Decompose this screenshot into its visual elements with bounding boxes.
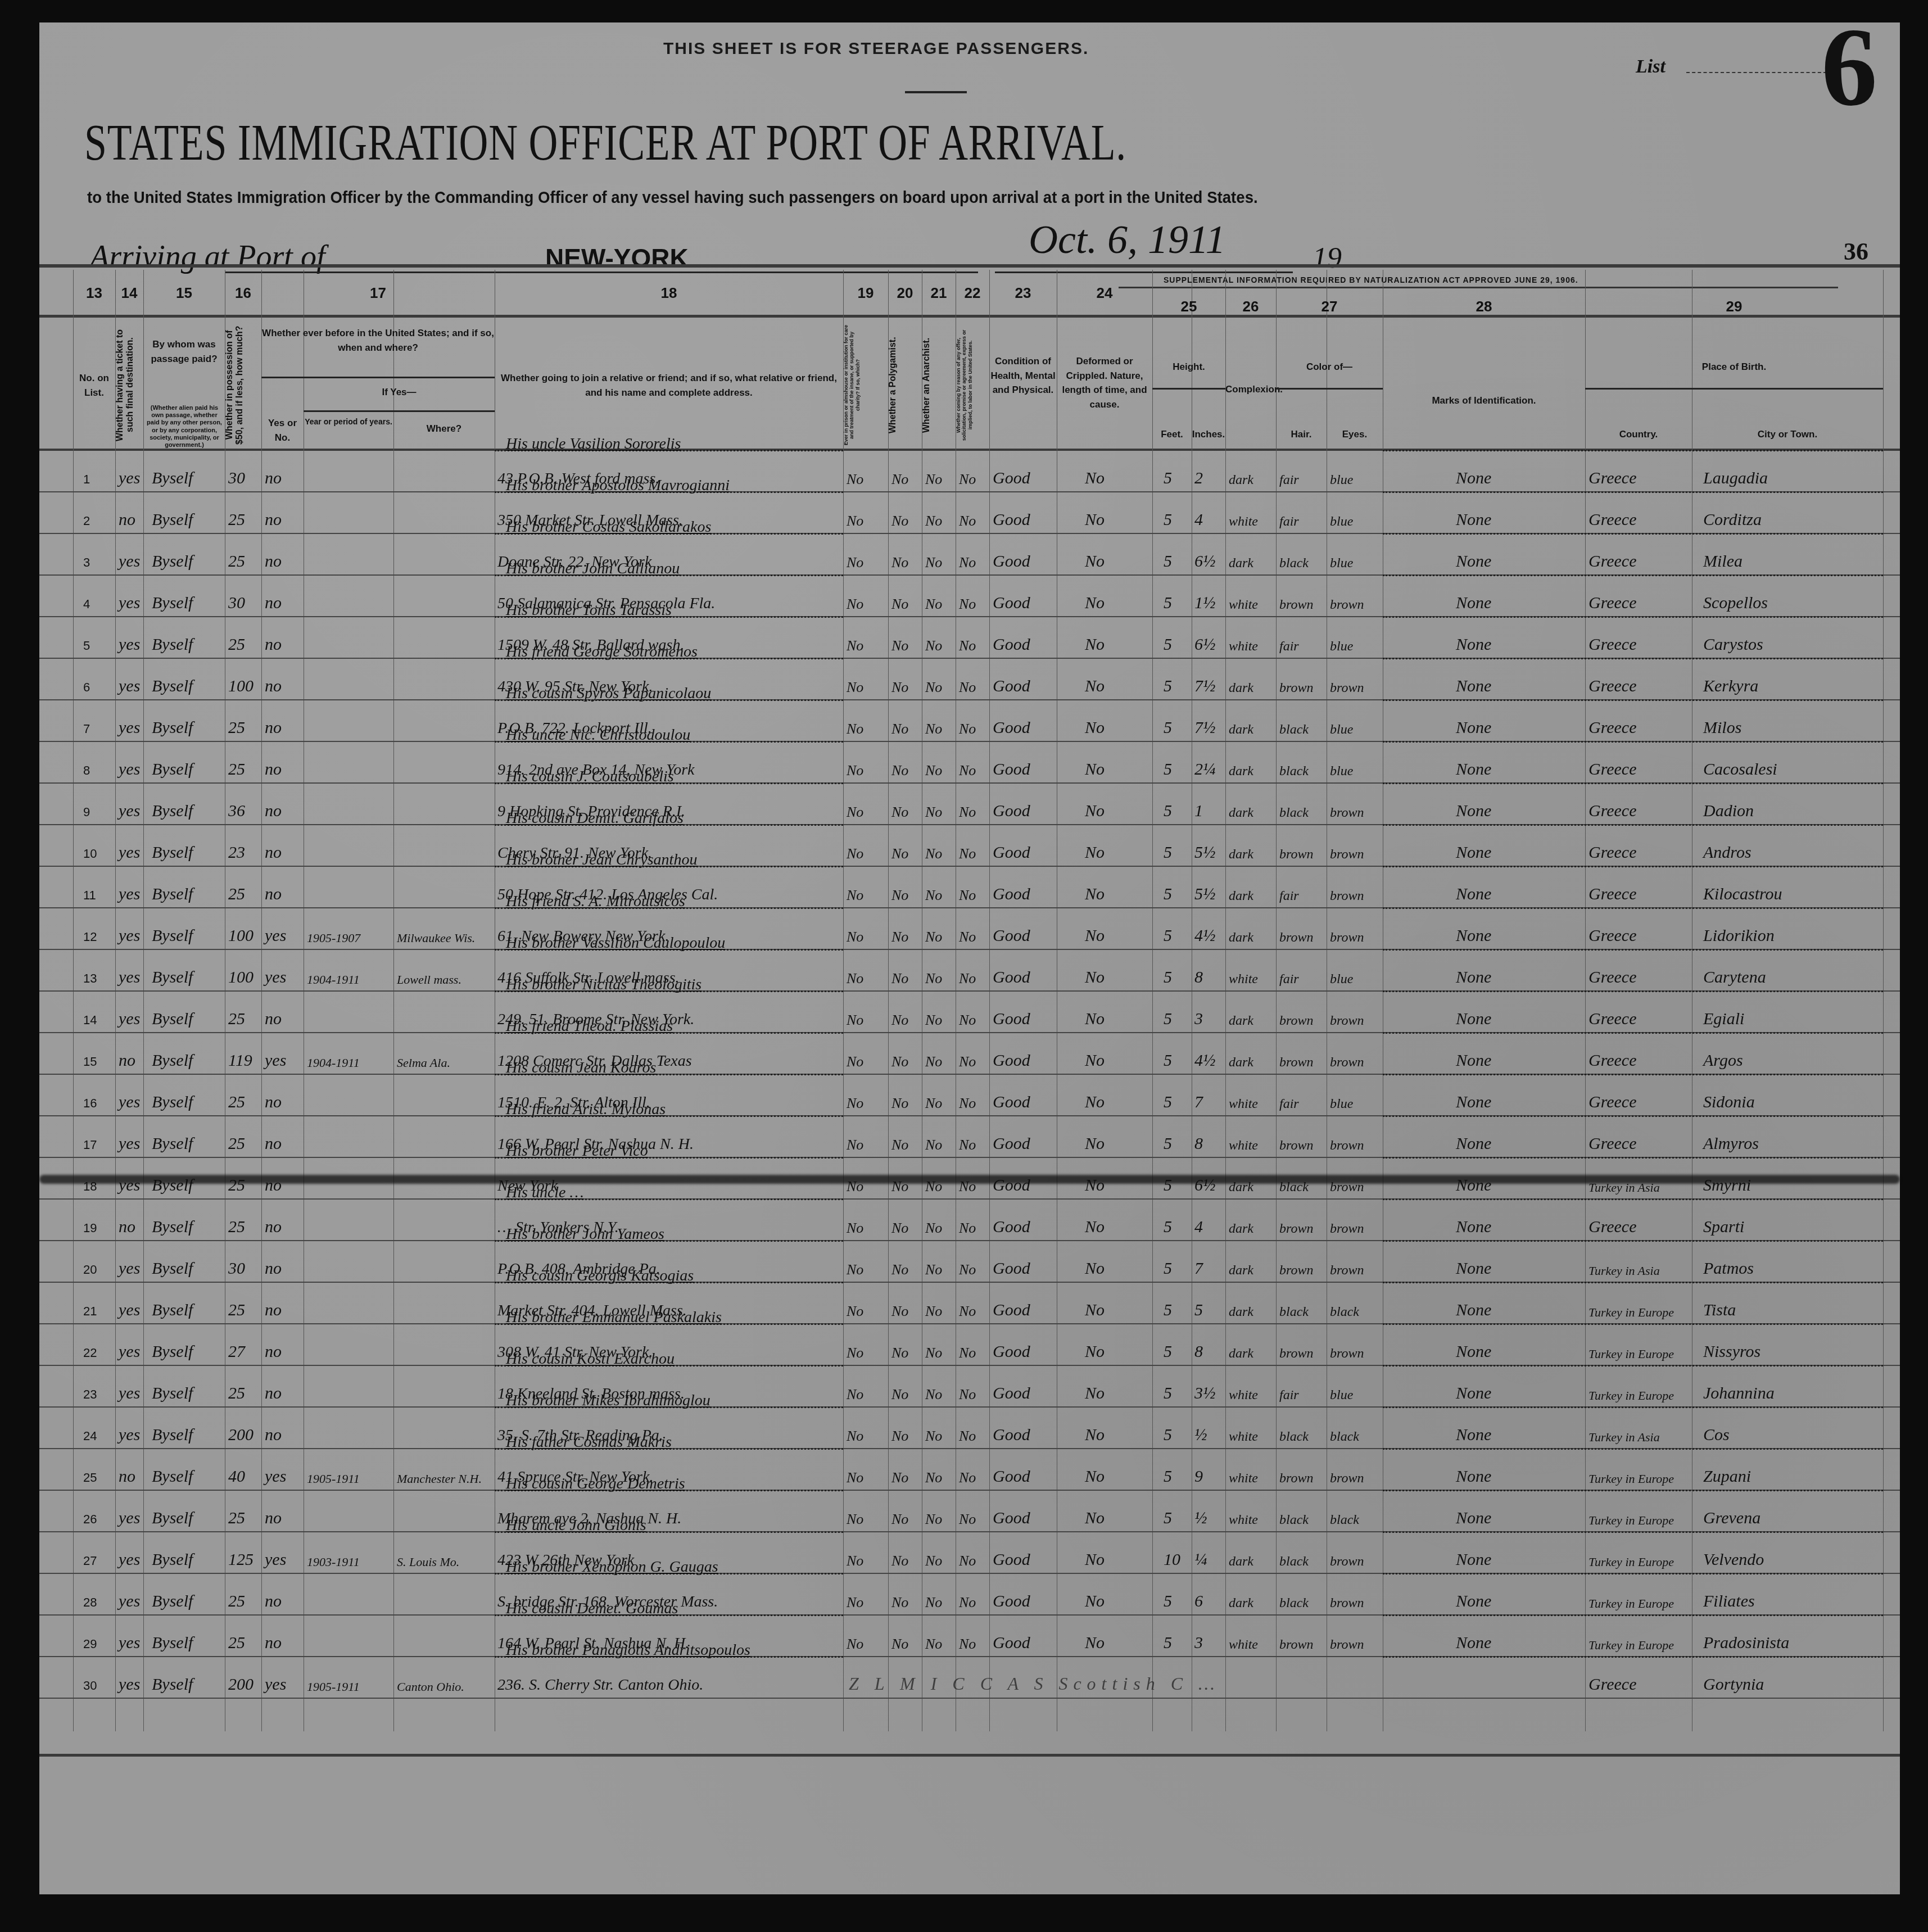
c22-answer: No	[959, 471, 976, 488]
birth-city: Gortynia	[1703, 1675, 1764, 1694]
hair-color: brown	[1279, 1221, 1313, 1237]
table-row: 7yesByself25noHis cousin Spyros Papanico…	[39, 700, 1900, 742]
birth-country: Greece	[1588, 760, 1637, 779]
health-condition: Good	[993, 594, 1030, 613]
birth-city: Sparti	[1703, 1218, 1744, 1237]
relative-or-friend: His uncle Vasilion Sororelis	[506, 435, 681, 453]
relative-or-friend: His brother Peter Vico	[506, 1142, 648, 1160]
birth-country: Greece	[1588, 677, 1637, 696]
money-amount: 200	[228, 1426, 254, 1445]
deformed-value: No	[1085, 677, 1105, 696]
header-sub-rule	[1276, 388, 1383, 390]
birth-country: Turkey in Europe	[1588, 1388, 1674, 1403]
height-inches: 6½	[1194, 552, 1216, 571]
column-number-19: 19	[843, 284, 888, 302]
c20-answer: No	[891, 1428, 908, 1445]
complexion: dark	[1229, 889, 1253, 904]
been-in-us-before: no	[265, 843, 282, 862]
height-feet: 5	[1164, 1218, 1172, 1237]
relative-or-friend: His cousin Jean Kodros	[506, 1059, 656, 1077]
c21-answer: No	[925, 1303, 942, 1320]
health-condition: Good	[993, 968, 1030, 987]
c19-answer: No	[847, 1594, 863, 1611]
health-condition: Good	[993, 552, 1030, 571]
health-condition: Good	[993, 802, 1030, 821]
hair-color: fair	[1279, 1097, 1299, 1112]
port-name: NEW-YORK	[545, 243, 689, 273]
marks-dotted-rule	[1383, 491, 1883, 493]
c21-answer: No	[925, 804, 942, 821]
height-inches: 5½	[1194, 885, 1216, 904]
birth-country: Greece	[1588, 1218, 1637, 1237]
eye-color: brown	[1330, 930, 1364, 945]
c22-answer: No	[959, 1345, 976, 1361]
row-number: 27	[83, 1554, 97, 1568]
c19-answer: No	[847, 845, 863, 862]
complexion: dark	[1229, 806, 1253, 821]
c22-answer: No	[959, 554, 976, 571]
passage-paid-by: Byself	[152, 635, 193, 654]
ticket-value: yes	[119, 1342, 140, 1361]
height-inches: ½	[1194, 1509, 1207, 1528]
deformed-value: No	[1085, 1093, 1105, 1112]
birth-country: Greece	[1588, 552, 1637, 571]
ticket-value: yes	[119, 469, 140, 488]
height-inches: 2	[1194, 469, 1203, 488]
identification-marks: None	[1456, 1051, 1491, 1070]
c20-answer: No	[891, 970, 908, 987]
column-number-20: 20	[888, 284, 922, 302]
column-number-18: 18	[495, 284, 843, 302]
hair-color: black	[1279, 1305, 1309, 1320]
money-amount: 25	[228, 1384, 245, 1403]
table-bottom-rule	[39, 1754, 1900, 1757]
hair-color: black	[1279, 722, 1309, 737]
complexion: white	[1229, 1637, 1258, 1653]
table-row: 25noByself40yes1905-1911Manchester N.H.H…	[39, 1449, 1900, 1491]
eye-color: blue	[1330, 514, 1353, 530]
eye-color: blue	[1330, 1097, 1353, 1112]
money-amount: 100	[228, 968, 254, 987]
c22-answer: No	[959, 596, 976, 613]
ticket-value: yes	[119, 1550, 140, 1569]
c20-answer: No	[891, 1553, 908, 1569]
table-row: 19noByself25noHis uncle …… Str. Yonkers …	[39, 1200, 1900, 1241]
marks-dotted-rule	[1383, 1032, 1883, 1034]
health-condition: Good	[993, 760, 1030, 779]
money-amount: 25	[228, 1218, 245, 1237]
height-feet: 5	[1164, 635, 1172, 654]
relative-or-friend: His friend George Sotromenos	[506, 643, 698, 661]
c21-answer: No	[925, 929, 942, 945]
marks-dotted-rule	[1383, 1614, 1883, 1616]
birth-city: Laugadia	[1703, 469, 1768, 488]
passage-paid-by: Byself	[152, 843, 193, 862]
identification-marks: None	[1456, 843, 1491, 862]
c19-answer: No	[847, 721, 863, 737]
height-feet: 5	[1164, 1051, 1172, 1070]
birth-country: Greece	[1588, 843, 1637, 862]
identification-marks: None	[1456, 1218, 1491, 1237]
birth-country: Greece	[1588, 1675, 1637, 1694]
c19-answer: No	[847, 1636, 863, 1653]
ticket-value: yes	[119, 677, 140, 696]
birth-country: Greece	[1588, 968, 1637, 987]
identification-marks: None	[1456, 1467, 1491, 1486]
birth-country: Greece	[1588, 802, 1637, 821]
c20-answer: No	[891, 1594, 908, 1611]
row-number: 26	[83, 1512, 97, 1527]
identification-marks: None	[1456, 552, 1491, 571]
header-rule-top	[39, 264, 1900, 268]
c22-answer: No	[959, 637, 976, 654]
been-in-us-before: no	[265, 1093, 282, 1112]
column-number-15: 15	[143, 284, 225, 302]
c22-answer: No	[959, 679, 976, 696]
ticket-value: yes	[119, 635, 140, 654]
column-number-16: 16	[225, 284, 261, 302]
row-number: 19	[83, 1221, 97, 1236]
birth-city: Scopellos	[1703, 594, 1768, 613]
row-number: 23	[83, 1387, 97, 1402]
c21-answer: No	[925, 1012, 942, 1029]
marks-dotted-rule	[1383, 1157, 1883, 1159]
health-condition: Good	[993, 1218, 1030, 1237]
eye-color: blue	[1330, 473, 1353, 488]
marks-dotted-rule	[1383, 1115, 1883, 1117]
complexion: dark	[1229, 1263, 1253, 1278]
birth-city: Kilocastrou	[1703, 885, 1782, 904]
row-rule	[39, 1698, 1900, 1699]
c21-answer: No	[925, 1261, 942, 1278]
hair-color: brown	[1279, 847, 1313, 862]
c20-answer: No	[891, 1345, 908, 1361]
hair-color: fair	[1279, 514, 1299, 530]
money-amount: 30	[228, 594, 245, 613]
complexion: dark	[1229, 1221, 1253, 1237]
marks-dotted-rule	[1383, 1240, 1883, 1242]
table-row: 14yesByself25noHis brother Nicitas Theol…	[39, 992, 1900, 1033]
c19-answer: No	[847, 1303, 863, 1320]
deformed-value: No	[1085, 926, 1105, 945]
complexion: dark	[1229, 681, 1253, 696]
column-header-29: Place of Birth.	[1585, 360, 1883, 382]
hair-color: black	[1279, 1429, 1309, 1445]
birth-city: Pradosinista	[1703, 1634, 1789, 1653]
table-row: 17yesByself25noHis friend Arist. Mylonas…	[39, 1116, 1900, 1158]
complexion: white	[1229, 1429, 1258, 1445]
year-prefix: 19	[1313, 242, 1342, 275]
c21-answer: No	[925, 762, 942, 779]
c21-answer: No	[925, 1428, 942, 1445]
c19-answer: No	[847, 762, 863, 779]
relative-or-friend: His cousin Georgis Katsogias	[506, 1267, 694, 1285]
c22-answer: No	[959, 845, 976, 862]
height-inches: 7	[1194, 1093, 1203, 1112]
identification-marks: None	[1456, 1384, 1491, 1403]
birth-country: Greece	[1588, 510, 1637, 530]
list-number: 6	[1821, 11, 1877, 124]
row-number: 22	[83, 1346, 97, 1360]
complexion: dark	[1229, 1346, 1253, 1361]
money-amount: 25	[228, 885, 245, 904]
identification-marks: None	[1456, 1550, 1491, 1569]
row-number: 15	[83, 1055, 97, 1069]
deformed-value: No	[1085, 718, 1105, 737]
hair-color: brown	[1279, 930, 1313, 945]
height-inches: 4½	[1194, 926, 1216, 945]
deformed-value: No	[1085, 635, 1105, 654]
health-condition: Good	[993, 843, 1030, 862]
passage-paid-by: Byself	[152, 802, 193, 821]
table-row: 12yesByself100yes1905-1907Milwaukee Wis.…	[39, 908, 1900, 950]
c19-answer: No	[847, 679, 863, 696]
ticket-value: yes	[119, 968, 140, 987]
complexion: white	[1229, 598, 1258, 613]
column-header-17: Whether ever before in the United States…	[261, 326, 495, 377]
money-amount: 25	[228, 760, 245, 779]
c20-answer: No	[891, 1137, 908, 1153]
been-in-us-before: no	[265, 677, 282, 696]
column-number-21: 21	[922, 284, 956, 302]
been-in-us-before: no	[265, 510, 282, 530]
column-header-20: Whether a Polygamist.	[888, 323, 922, 447]
column-header-26: Complexion.	[1225, 382, 1276, 416]
health-condition: Good	[993, 510, 1030, 530]
c20-answer: No	[891, 887, 908, 904]
column-header-22: Whether coming by reason of any offer, s…	[956, 323, 989, 447]
marks-dotted-rule	[1383, 1531, 1883, 1533]
c21-answer: No	[925, 1594, 942, 1611]
table-row: 18yesByself25noHis brother Peter VicoNew…	[39, 1158, 1900, 1200]
birth-country: Turkey in Europe	[1588, 1472, 1674, 1486]
been-in-us-before: yes	[265, 1051, 286, 1070]
deformed-value: No	[1085, 1634, 1105, 1653]
c19-answer: No	[847, 1137, 863, 1153]
marks-dotted-rule	[1383, 699, 1883, 701]
been-in-us-before: no	[265, 1301, 282, 1320]
header-sub-rule	[261, 377, 495, 378]
hair-color: brown	[1279, 1346, 1313, 1361]
height-feet: 5	[1164, 885, 1172, 904]
page-title: STATES IMMIGRATION OFFICER AT PORT OF AR…	[84, 112, 1126, 172]
money-amount: 25	[228, 1010, 245, 1029]
column-header-14: Whether having a ticket to such final de…	[115, 323, 143, 447]
c19-answer: No	[847, 1261, 863, 1278]
marks-dotted-rule	[1383, 1282, 1883, 1283]
ticket-value: yes	[119, 594, 140, 613]
identification-marks: None	[1456, 1301, 1491, 1320]
hair-color: fair	[1279, 639, 1299, 654]
row-number: 20	[83, 1263, 97, 1277]
where-in-us: Selma Ala.	[397, 1056, 450, 1070]
money-amount: 125	[228, 1550, 254, 1569]
c20-answer: No	[891, 513, 908, 530]
health-condition: Good	[993, 1010, 1030, 1029]
c21-answer: No	[925, 513, 942, 530]
marks-dotted-rule	[1383, 533, 1883, 535]
been-in-us-before: no	[265, 1342, 282, 1361]
birth-country: Greece	[1588, 1051, 1637, 1070]
birth-city: Cacosalesi	[1703, 760, 1777, 779]
identification-marks: None	[1456, 1342, 1491, 1361]
marks-dotted-rule	[1383, 1573, 1883, 1574]
height-inches: 6	[1194, 1592, 1203, 1611]
c22-answer: No	[959, 1095, 976, 1112]
c19-answer: No	[847, 1386, 863, 1403]
column-header-15: By whom was passage paid?	[143, 337, 225, 405]
birth-country: Greece	[1588, 1010, 1637, 1029]
relative-or-friend: His uncle …	[506, 1184, 583, 1202]
health-condition: Good	[993, 1592, 1030, 1611]
c22-answer: No	[959, 721, 976, 737]
hair-color: brown	[1279, 1138, 1313, 1153]
row-number: 25	[83, 1471, 97, 1485]
eye-color: brown	[1330, 1263, 1364, 1278]
money-amount: 25	[228, 635, 245, 654]
relative-or-friend: His uncle John Gionis	[506, 1517, 646, 1535]
birth-city: Milea	[1703, 552, 1743, 571]
ticket-value: yes	[119, 885, 140, 904]
been-in-us-before: no	[265, 718, 282, 737]
column-25-inches: Inches.	[1192, 427, 1225, 442]
eye-color: brown	[1330, 847, 1364, 862]
passage-paid-by: Byself	[152, 469, 193, 488]
money-amount: 25	[228, 510, 245, 530]
birth-city: Corditza	[1703, 510, 1762, 530]
hair-color: black	[1279, 1513, 1309, 1528]
identification-marks: None	[1456, 968, 1491, 987]
ticket-value: yes	[119, 1675, 140, 1694]
ticket-value: yes	[119, 552, 140, 571]
height-inches: 5½	[1194, 843, 1216, 862]
hair-color: fair	[1279, 1388, 1299, 1403]
c22-answer: No	[959, 1636, 976, 1653]
height-feet: 10	[1164, 1550, 1180, 1569]
c20-answer: No	[891, 1303, 908, 1320]
height-feet: 5	[1164, 1467, 1172, 1486]
c22-answer: No	[959, 1469, 976, 1486]
hair-color: brown	[1279, 681, 1313, 696]
been-in-us-before: no	[265, 1259, 282, 1278]
eye-color: brown	[1330, 1013, 1364, 1029]
hair-color: black	[1279, 1554, 1309, 1569]
health-condition: Good	[993, 885, 1030, 904]
table-row: 4yesByself30noHis brother John Callianou…	[39, 576, 1900, 617]
column-header-18: Whether going to join a relative or frie…	[495, 371, 843, 433]
marks-dotted-rule	[1383, 866, 1883, 867]
table-row: 16yesByself25noHis cousin Jean Kodros151…	[39, 1075, 1900, 1116]
health-condition: Good	[993, 1509, 1030, 1528]
column-17-yes-no: Yes or No.	[261, 416, 304, 445]
table-row: 6yesByself100noHis friend George Sotrome…	[39, 659, 1900, 700]
birth-country: Greece	[1588, 635, 1637, 654]
identification-marks: None	[1456, 1010, 1491, 1029]
column-header-25: Height.	[1152, 360, 1225, 382]
relative-or-friend: His brother Jean Chrysanthou	[506, 851, 697, 869]
health-condition: Good	[993, 1259, 1030, 1278]
column-number-29: 29	[1585, 298, 1883, 315]
birth-city: Egiali	[1703, 1010, 1744, 1029]
height-feet: 5	[1164, 843, 1172, 862]
relative-or-friend: His brother Nicitas Theologitis	[506, 976, 701, 994]
c20-answer: No	[891, 721, 908, 737]
passage-paid-by: Byself	[152, 1634, 193, 1653]
money-amount: 25	[228, 1093, 245, 1112]
c20-answer: No	[891, 1053, 908, 1070]
c21-answer: No	[925, 596, 942, 613]
strike-through-line	[39, 1175, 1900, 1184]
column-header-19: Ever in prison or almshouse or instituti…	[843, 323, 888, 447]
c21-answer: No	[925, 1095, 942, 1112]
money-amount: 36	[228, 802, 245, 821]
birth-city: Johannina	[1703, 1384, 1775, 1403]
height-feet: 5	[1164, 1634, 1172, 1653]
ticket-value: yes	[119, 1093, 140, 1112]
row-number: 16	[83, 1096, 97, 1111]
row-number: 30	[83, 1678, 97, 1693]
passage-paid-by: Byself	[152, 552, 193, 571]
identification-marks: None	[1456, 1509, 1491, 1528]
height-inches: 4	[1194, 1218, 1203, 1237]
eye-color: brown	[1330, 1055, 1364, 1070]
complexion: dark	[1229, 1305, 1253, 1320]
passage-paid-by: Byself	[152, 1259, 193, 1278]
c20-answer: No	[891, 1012, 908, 1029]
height-feet: 5	[1164, 552, 1172, 571]
eye-color: blue	[1330, 1388, 1353, 1403]
birth-city: Kerkyra	[1703, 677, 1758, 696]
c19-answer: No	[847, 887, 863, 904]
c20-answer: No	[891, 1220, 908, 1237]
row-number: 9	[83, 805, 90, 820]
deformed-value: No	[1085, 1218, 1105, 1237]
health-condition: Good	[993, 926, 1030, 945]
c21-answer: No	[925, 1053, 942, 1070]
height-inches: 6½	[1194, 635, 1216, 654]
height-inches: 3	[1194, 1634, 1203, 1653]
birth-city: Dadion	[1703, 802, 1754, 821]
health-condition: Good	[993, 677, 1030, 696]
height-feet: 5	[1164, 1384, 1172, 1403]
deformed-value: No	[1085, 1550, 1105, 1569]
column-number-27: 27	[1276, 298, 1383, 315]
passage-paid-by: Byself	[152, 1134, 193, 1153]
c21-answer: No	[925, 1511, 942, 1528]
deformed-value: No	[1085, 1467, 1105, 1486]
c19-answer: No	[847, 637, 863, 654]
ticket-value: yes	[119, 802, 140, 821]
passage-paid-by: Byself	[152, 594, 193, 613]
c19-answer: No	[847, 1012, 863, 1029]
health-condition: Good	[993, 1342, 1030, 1361]
relative-or-friend: His friend Arist. Mylonas	[506, 1101, 666, 1119]
birth-country: Greece	[1588, 469, 1637, 488]
c19-answer: No	[847, 471, 863, 488]
arriving-label: Arriving at Port of	[90, 239, 325, 275]
c21-answer: No	[925, 887, 942, 904]
table-row: 9yesByself36noHis cousin J. Coutsoubelis…	[39, 784, 1900, 825]
relative-or-friend: His cousin J. Coutsoubelis	[506, 768, 674, 786]
c20-answer: No	[891, 471, 908, 488]
column-number-22: 22	[956, 284, 989, 302]
eye-color: brown	[1330, 1221, 1364, 1237]
passage-paid-by: Byself	[152, 1592, 193, 1611]
column-number-24: 24	[1057, 284, 1152, 302]
row-number: 11	[83, 888, 96, 903]
c22-answer: No	[959, 762, 976, 779]
relative-or-friend: His brother Panagiotis Andritsopoulos	[506, 1641, 750, 1659]
